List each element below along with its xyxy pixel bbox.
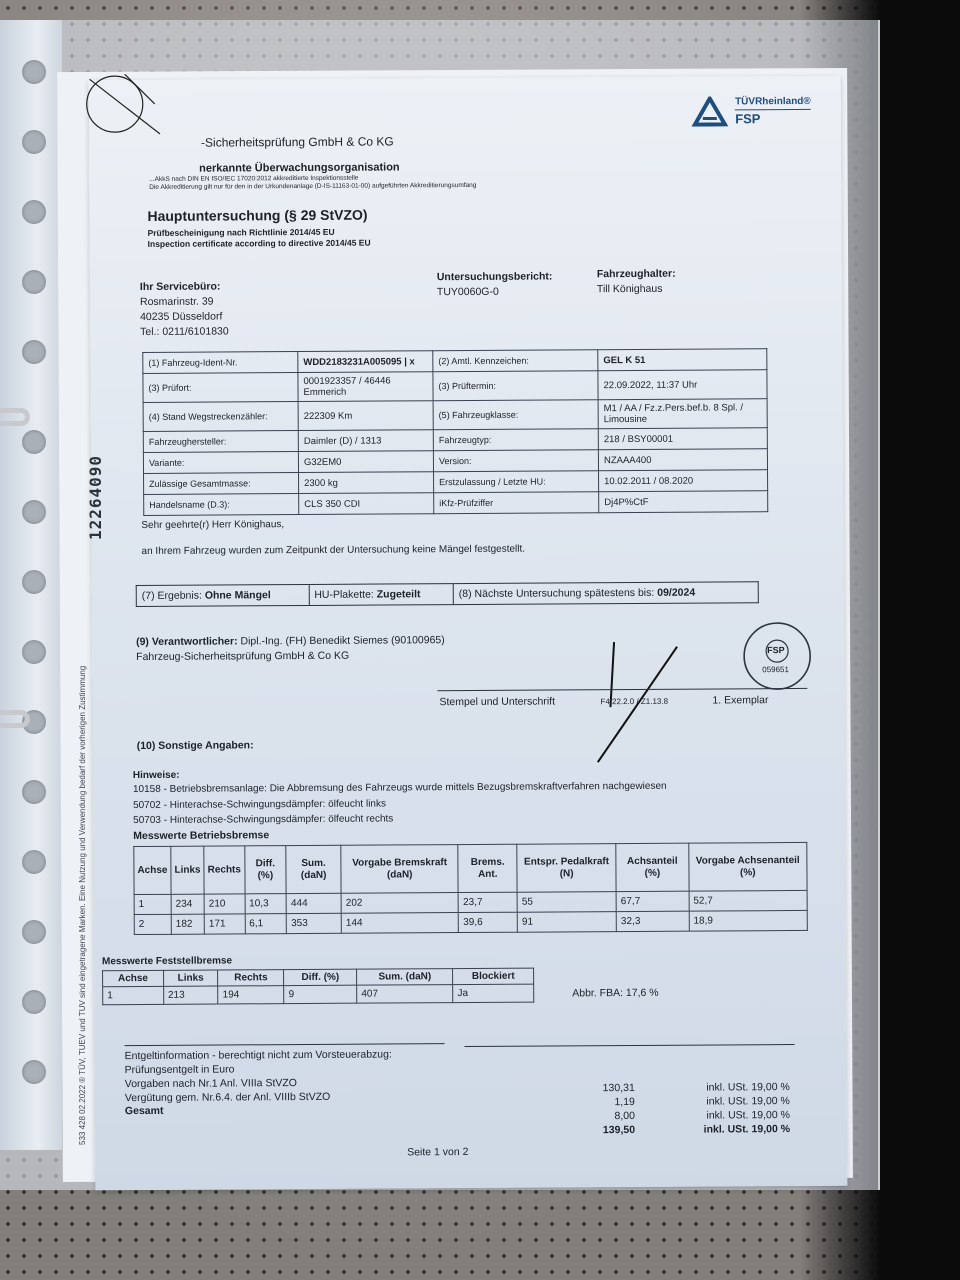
table-cell: 6,1 bbox=[245, 914, 287, 934]
result-table: (7) Ergebnis: Ohne Mängel HU-Plakette: Z… bbox=[136, 581, 759, 607]
official-stamp: FSP 059651 bbox=[742, 621, 812, 691]
vehicle-holder: Fahrzeughalter: Till Könighaus bbox=[597, 267, 676, 297]
vehicle-field-value: GEL K 51 bbox=[598, 349, 767, 371]
copy-label: 1. Exemplar bbox=[712, 694, 768, 706]
binder-ring bbox=[0, 710, 30, 728]
column-header: Sum. (daN) bbox=[286, 845, 341, 893]
table-cell: 55 bbox=[517, 892, 616, 913]
sticker-cell: HU-Plakette: Zugeteilt bbox=[309, 584, 454, 606]
vehicle-field-label: (2) Amtl. Kennzeichen: bbox=[433, 350, 598, 372]
table-cell: 202 bbox=[341, 893, 458, 914]
service-office-street: Rosmarinstr. 39 bbox=[140, 294, 229, 310]
table-cell: 1 bbox=[103, 986, 164, 1004]
responsible-person: (9) Verantwortlicher: Dipl.-Ing. (FH) Be… bbox=[136, 634, 445, 648]
service-office: Ihr Servicebüro: Rosmarinstr. 39 40235 D… bbox=[140, 279, 229, 340]
letter-greeting: Sehr geehrte(r) Herr Könighaus, bbox=[141, 519, 284, 531]
hints-label: Hinweise: bbox=[133, 770, 180, 781]
result-cell: (7) Ergebnis: Ohne Mängel bbox=[136, 584, 309, 606]
vehicle-field-value: 0001923357 / 46446 Emmerich bbox=[298, 372, 433, 402]
column-header: Vorgabe Achsenanteil (%) bbox=[688, 842, 807, 891]
vehicle-field-label: Fahrzeugtyp: bbox=[433, 429, 598, 451]
table-cell: 210 bbox=[204, 894, 244, 914]
vehicle-field-label: (5) Fahrzeugklasse: bbox=[433, 400, 598, 430]
column-header: Entspr. Pedalkraft (N) bbox=[517, 844, 616, 893]
table-cell: 9 bbox=[284, 985, 357, 1003]
report-number: TUY0060G-0 bbox=[437, 284, 553, 300]
column-header: Achse bbox=[103, 970, 164, 986]
column-header: Achse bbox=[134, 846, 171, 894]
organisation: nerkannte Überwachungsorganisation bbox=[199, 161, 400, 174]
table-cell: 18,9 bbox=[689, 910, 807, 931]
punch-hole bbox=[22, 1060, 46, 1084]
column-header: Vorgabe Bremskraft (daN) bbox=[341, 845, 459, 894]
fee-title: Entgeltinformation - berechtigt nicht zu… bbox=[125, 1048, 392, 1062]
signature-label: Stempel und Unterschrift bbox=[439, 695, 555, 708]
vehicle-field-label: Handelsname (D.3): bbox=[144, 494, 299, 516]
punch-hole bbox=[22, 780, 46, 804]
vehicle-field-value: WDD2183231A005095 | x bbox=[298, 351, 433, 373]
table-cell: 171 bbox=[204, 914, 244, 934]
table-cell: 91 bbox=[517, 912, 616, 933]
service-brake-title: Messwerte Betriebsbremse bbox=[133, 829, 269, 842]
vehicle-field-value: NZAAA400 bbox=[598, 449, 767, 471]
logo-sub: FSP bbox=[735, 111, 811, 126]
next-inspection-cell: (8) Nächste Untersuchung spätestens bis:… bbox=[453, 582, 758, 605]
column-header: Links bbox=[171, 846, 204, 894]
vehicle-field-label: Fahrzeughersteller: bbox=[143, 431, 298, 453]
punch-strip bbox=[0, 20, 62, 1150]
stamp-icon bbox=[742, 621, 812, 691]
table-cell: 213 bbox=[163, 986, 218, 1004]
table-row: 21821716,135314439,69132,318,9 bbox=[134, 910, 807, 934]
parking-brake-title: Messwerte Feststellbremse bbox=[102, 955, 232, 967]
divider bbox=[125, 1043, 445, 1046]
vehicle-field-value: Dj4P%CtF bbox=[599, 491, 768, 513]
table-cell: 2 bbox=[134, 914, 171, 934]
punch-hole bbox=[22, 130, 46, 154]
logo-brand: TÜVRheinland® bbox=[735, 96, 811, 110]
vehicle-field-value: 10.02.2011 / 08.2020 bbox=[599, 470, 768, 492]
table-cell: 23,7 bbox=[459, 892, 518, 912]
report-label: Untersuchungsbericht: bbox=[437, 269, 553, 285]
vehicle-row: Handelsname (D.3):CLS 350 CDIiKfz-Prüfzi… bbox=[144, 491, 768, 516]
service-office-label: Ihr Servicebüro: bbox=[140, 279, 229, 295]
holder-label: Fahrzeughalter: bbox=[597, 267, 676, 282]
side-serial-number: 12264090 bbox=[86, 455, 105, 540]
responsible-company: Fahrzeug-Sicherheitsprüfung GmbH & Co KG bbox=[136, 650, 349, 663]
document-title: Hauptuntersuchung (§ 29 StVZO) bbox=[147, 207, 367, 224]
column-header: Brems. Ant. bbox=[458, 844, 517, 892]
vehicle-field-label: Version: bbox=[433, 450, 598, 472]
hint-item: 50702 - Hinterachse-Schwingungsdämpfer: … bbox=[133, 799, 386, 812]
subtitle-en: Inspection certificate according to dire… bbox=[148, 238, 371, 249]
vehicle-field-label: (3) Prüftermin: bbox=[433, 371, 598, 401]
vehicle-data-table: (1) Fahrzeug-Ident-Nr.WDD2183231A005095 … bbox=[142, 348, 768, 516]
vehicle-field-value: M1 / AA / Fz.z.Pers.bef.b. 8 Spl. / Limo… bbox=[598, 399, 767, 429]
punch-hole bbox=[22, 430, 46, 454]
column-header: Achsanteil (%) bbox=[616, 843, 689, 891]
table-cell: 39,6 bbox=[459, 912, 518, 932]
accreditation-line: Die Akkreditierung gilt nur für den in d… bbox=[149, 182, 476, 191]
service-office-phone: Tel.: 0211/6101830 bbox=[140, 324, 229, 340]
other-info-label: (10) Sonstige Angaben: bbox=[137, 739, 254, 752]
table-cell: 444 bbox=[286, 893, 341, 913]
table-cell: 407 bbox=[357, 985, 453, 1004]
fee-currency: Prüfungsentgelt in Euro bbox=[125, 1063, 235, 1076]
table-cell: Ja bbox=[453, 984, 534, 1002]
table-cell: 234 bbox=[171, 894, 204, 914]
letter-statement: an Ihrem Fahrzeug wurden zum Zeitpunkt d… bbox=[141, 544, 525, 557]
table-row: 12131949407Ja bbox=[103, 984, 534, 1005]
table-cell: 67,7 bbox=[616, 891, 689, 911]
fee-total-row: 139,50inkl. USt. 19,00 % bbox=[575, 1123, 790, 1136]
report: Untersuchungsbericht: TUY0060G-0 bbox=[437, 269, 553, 300]
stamp-center: FSP bbox=[767, 645, 785, 655]
binder-ring bbox=[0, 408, 30, 426]
vehicle-row: (4) Stand Wegstreckenzähler:222309 Km(5)… bbox=[143, 399, 767, 432]
vehicle-field-value: G32EM0 bbox=[298, 451, 433, 473]
fee-total-label: Gesamt bbox=[125, 1105, 164, 1117]
holder-name: Till Könighaus bbox=[597, 282, 676, 297]
vehicle-field-label: Erstzulassung / Letzte HU: bbox=[434, 471, 599, 493]
subtitle-de: Prüfbescheinigung nach Richtlinie 2014/4… bbox=[148, 227, 335, 238]
parking-brake-table: AchseLinksRechtsDiff. (%)Sum. (daN)Block… bbox=[102, 968, 534, 1006]
column-header: Blockiert bbox=[453, 968, 534, 984]
vehicle-field-value: 218 / BSY00001 bbox=[598, 428, 767, 450]
form-number: F4.22.2.0 / Z1.13.8 bbox=[600, 697, 668, 706]
vehicle-field-label: Variante: bbox=[143, 452, 298, 474]
vehicle-field-value: Daimler (D) / 1313 bbox=[298, 430, 433, 452]
vehicle-field-label: iKfz-Prüfziffer bbox=[434, 492, 599, 514]
vehicle-field-value: 2300 kg bbox=[299, 472, 434, 494]
fee-line-label: Vergütung gem. Nr.6.4. der Anl. VIIIb St… bbox=[125, 1091, 331, 1104]
column-header: Links bbox=[163, 970, 218, 986]
page-indicator: Seite 1 von 2 bbox=[407, 1146, 468, 1158]
table-cell: 32,3 bbox=[616, 911, 689, 931]
table-cell: 353 bbox=[287, 913, 342, 933]
vehicle-field-label: Zulässige Gesamtmasse: bbox=[144, 473, 299, 495]
vehicle-field-label: (3) Prüfort: bbox=[143, 373, 298, 403]
fee-line-label: Vorgaben nach Nr.1 Anl. VIIIa StVZO bbox=[125, 1077, 297, 1090]
vehicle-field-label: (4) Stand Wegstreckenzähler: bbox=[143, 402, 298, 432]
accreditation-line: ...AkkS nach DIN EN ISO/IEC 17020:2012 a… bbox=[149, 175, 358, 183]
tuv-triangle-icon bbox=[691, 96, 729, 126]
hint-item: 10158 - Betriebsbremsanlage: Die Abbrems… bbox=[133, 781, 667, 795]
column-header: Rechts bbox=[204, 846, 245, 894]
fee-row: 8,00inkl. USt. 19,00 % bbox=[575, 1109, 790, 1122]
punch-hole bbox=[22, 500, 46, 524]
stamp-number: 059651 bbox=[762, 665, 789, 674]
punch-hole bbox=[22, 340, 46, 364]
vehicle-field-value: 222309 Km bbox=[298, 401, 433, 431]
service-office-city: 40235 Düsseldorf bbox=[140, 309, 229, 325]
table-cell: 144 bbox=[341, 913, 458, 934]
inspection-certificate-page: TÜVRheinland® FSP -Sicherheitsprüfung Gm… bbox=[89, 76, 848, 1191]
column-header: Diff. (%) bbox=[244, 846, 286, 894]
table-cell: 52,7 bbox=[689, 890, 807, 911]
column-header: Diff. (%) bbox=[284, 969, 357, 985]
vehicle-field-label: (1) Fahrzeug-Ident-Nr. bbox=[143, 352, 298, 374]
column-header: Rechts bbox=[218, 970, 284, 986]
table-cell: 182 bbox=[171, 914, 204, 934]
abbr-fba: Abbr. FBA: 17,6 % bbox=[572, 987, 658, 1000]
column-header: Sum. (daN) bbox=[357, 969, 453, 986]
punch-hole bbox=[22, 850, 46, 874]
sticker-value: Zugeteilt bbox=[377, 588, 421, 600]
punch-hole bbox=[22, 640, 46, 664]
punch-hole bbox=[22, 990, 46, 1014]
vehicle-field-value: CLS 350 CDI bbox=[299, 493, 434, 515]
table-cell: 194 bbox=[218, 986, 284, 1004]
vehicle-row: (3) Prüfort:0001923357 / 46446 Emmerich(… bbox=[143, 370, 767, 403]
punch-hole bbox=[22, 920, 46, 944]
company-name: -Sicherheitsprüfung GmbH & Co KG bbox=[201, 134, 394, 149]
corner-stamp-icon bbox=[85, 74, 165, 154]
side-footer-text: 533 428 02.2022 ® TÜV, TUEV und TUV sind… bbox=[78, 666, 87, 1145]
punch-hole bbox=[22, 200, 46, 224]
punch-hole bbox=[22, 570, 46, 594]
divider bbox=[465, 1044, 795, 1047]
result-value: Ohne Mängel bbox=[205, 589, 271, 601]
table-cell: 10,3 bbox=[245, 894, 287, 914]
punch-hole bbox=[22, 60, 46, 84]
service-brake-table: AchseLinksRechtsDiff. (%)Sum. (daN)Vorga… bbox=[133, 842, 808, 935]
tuv-rheinland-logo: TÜVRheinland® FSP bbox=[691, 96, 811, 127]
next-inspection-value: 09/2024 bbox=[657, 587, 695, 599]
fee-row: 130,31inkl. USt. 19,00 % bbox=[575, 1081, 790, 1094]
punch-hole bbox=[22, 270, 46, 294]
vehicle-field-value: 22.09.2022, 11:37 Uhr bbox=[598, 370, 767, 400]
table-cell: 1 bbox=[134, 894, 171, 914]
fee-row: 1,19inkl. USt. 19,00 % bbox=[575, 1095, 790, 1108]
hint-item: 50703 - Hinterachse-Schwingungsdämpfer: … bbox=[133, 813, 393, 826]
